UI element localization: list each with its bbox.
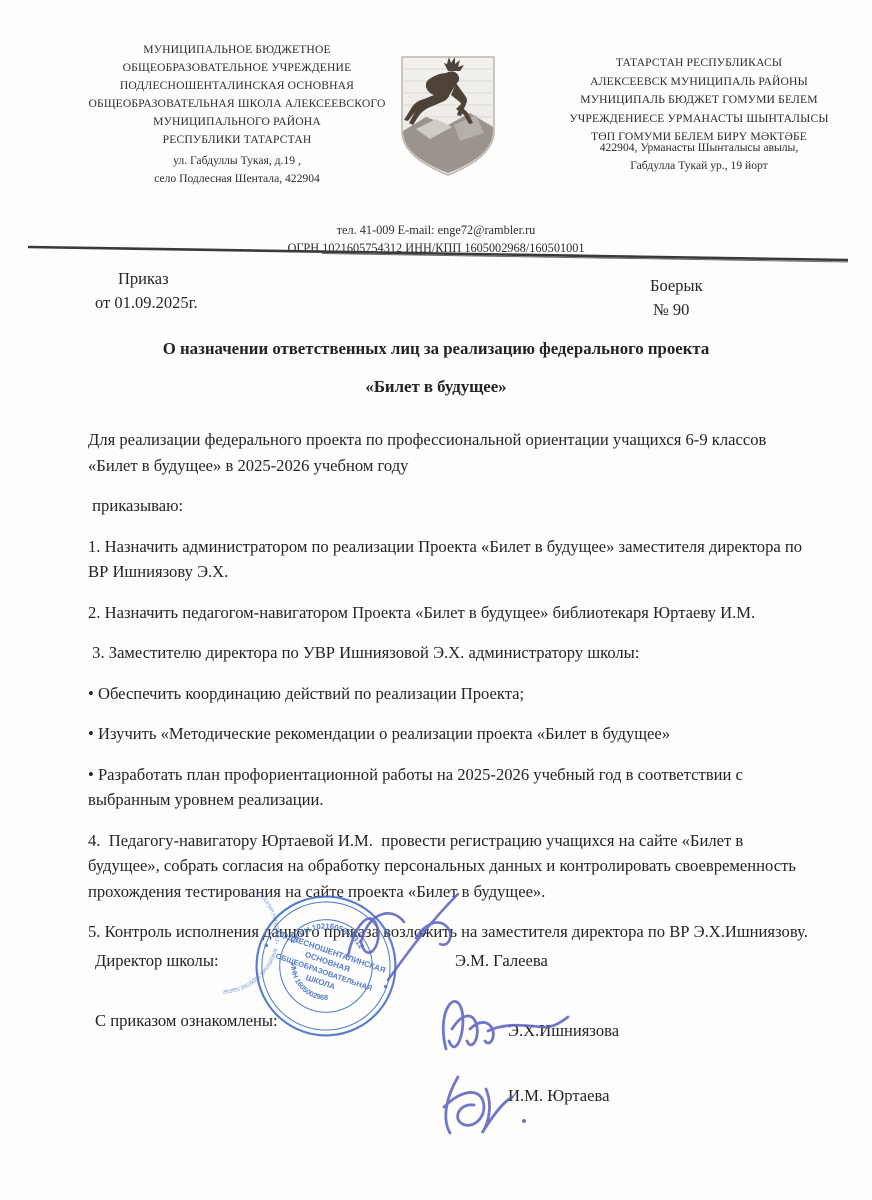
org-line: МУНИЦИПАЛЬ БЮДЖЕТ ГОМУМИ БЕЛЕМ [536,91,862,110]
acknowledged-signature-1 [418,983,588,1073]
org-line: ПОДЛЕСНОШЕНТАЛИНСКАЯ ОСНОВНАЯ [72,77,402,95]
org-line: ОБЩЕОБРАЗОВАТЕЛЬНОЕ УЧРЕЖДЕНИЕ [72,59,402,77]
org-line: РЕСПУБЛИКИ ТАТАРСТАН [72,131,402,149]
header-divider-line [22,241,854,267]
address-line: 422904, Урманасты Шынталысы авылы, [536,139,862,157]
coat-of-arms-icon [396,53,500,179]
bullet-item-1: • Обеспечить координацию действий по реа… [88,681,810,707]
org-name-tatar: ТАТАРСТАН РЕСПУБЛИКАСЫ АЛЕКСЕЕВСК МУНИЦИ… [536,54,862,147]
org-line: ТАТАРСТАН РЕСПУБЛИКАСЫ [536,54,862,73]
director-label: Директор школы: [95,951,219,971]
org-line: ОБЩЕОБРАЗОВАТЕЛЬНАЯ ШКОЛА АЛЕКСЕЕВСКОГО [72,95,402,113]
address-line: Габдулла Тукай ур., 19 йорт [536,157,862,175]
org-name-russian: МУНИЦИПАЛЬНОЕ БЮДЖЕТНОЕ ОБЩЕОБРАЗОВАТЕЛЬ… [72,41,402,149]
document-title-line1: О назначении ответственных лиц за реализ… [60,339,812,359]
order-word: Приказ [95,267,198,291]
paragraph-item-1: 1. Назначить администратором по реализац… [88,534,810,585]
order-heading-tatar: Боерык № 90 [650,274,703,321]
bullet-item-2: • Изучить «Методические рекомендации о р… [88,721,810,747]
paragraph-preamble: Для реализации федерального проекта по п… [88,427,810,478]
document-page: МУНИЦИПАЛЬНОЕ БЮДЖЕТНОЕ ОБЩЕОБРАЗОВАТЕЛЬ… [0,0,872,1200]
org-address-russian: ул. Габдуллы Тукая, д.19 , село Подлесна… [72,152,402,187]
order-word-tatar: Боерык [650,274,703,298]
org-line: АЛЕКСЕЕВСК МУНИЦИПАЛЬ РАЙОНЫ [536,73,862,92]
order-date: от 01.09.2025г. [95,291,198,315]
paragraph-item-3: 3. Заместителю директора по УВР Ишниязов… [88,640,810,666]
paragraph-decree-word: приказываю: [88,493,810,519]
address-line: ул. Габдуллы Тукая, д.19 , [72,152,402,170]
document-title-line2: «Билет в будущее» [60,377,812,397]
org-line: МУНИЦИПАЛЬНОГО РАЙОНА [72,113,402,131]
paragraph-item-2: 2. Назначить педагогом-навигатором Проек… [88,600,810,626]
org-line: УЧРЕЖДЕНИЕСЕ УРМАНАСТЫ ШЫНТАЛЫСЫ [536,110,862,129]
bullet-item-3: • Разработать план профориентационной ра… [88,762,810,813]
org-line: МУНИЦИПАЛЬНОЕ БЮДЖЕТНОЕ [72,41,402,59]
order-heading-russian: Приказ от 01.09.2025г. [95,267,198,314]
address-line: село Подлесная Шентала, 422904 [72,170,402,188]
acknowledged-signature-2 [420,1063,560,1148]
org-address-tatar: 422904, Урманасты Шынталысы авылы, Габду… [536,139,862,174]
order-number: № 90 [650,298,703,322]
phone-email-line: тел. 41-009 E-mail: enge72@rambler.ru [56,221,816,239]
